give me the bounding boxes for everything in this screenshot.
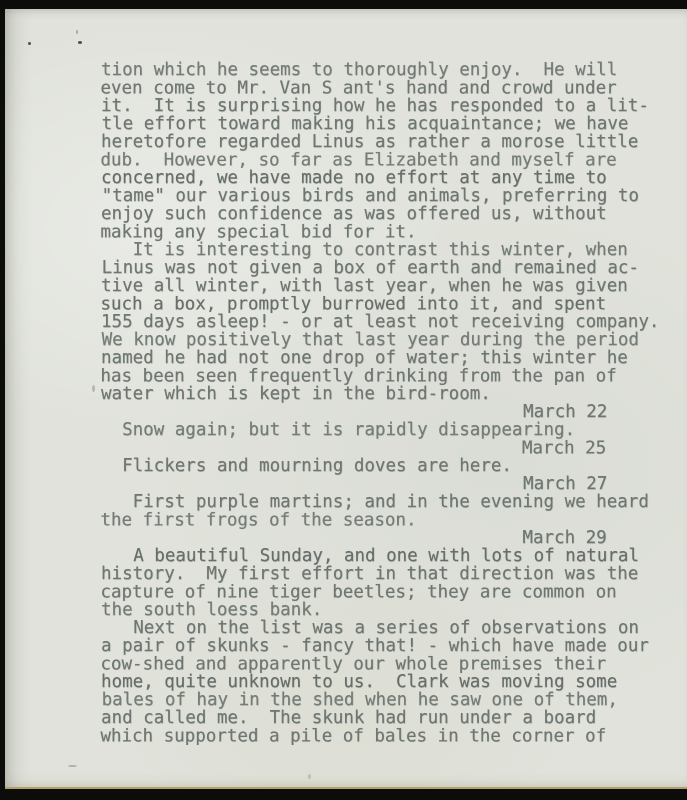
typewritten-line: such a box, promptly burrowed into it, a… xyxy=(100,295,658,313)
typewritten-line: "tame" our various birds and animals, pr… xyxy=(102,187,660,205)
typewritten-line: the south loess bank. xyxy=(101,601,659,619)
typewritten-line: dub. However, so far as Elizabeth and my… xyxy=(100,151,658,169)
typewritten-line: First purple martins; and in the evening… xyxy=(101,493,659,511)
typewritten-line: We know positively that last year during… xyxy=(102,331,660,349)
typewritten-line: a pair of skunks - fancy that! - which h… xyxy=(101,637,659,655)
typewritten-line: 155 days asleep! - or at least not recei… xyxy=(101,313,659,331)
typewritten-line: has been seen frequently drinking from t… xyxy=(100,367,658,385)
typewritten-line: home, quite unknown to us. Clark was mov… xyxy=(101,673,659,691)
typewritten-line: it. It is surprising how he has responde… xyxy=(101,97,659,115)
typewritten-line: named he had not one drop of water; this… xyxy=(101,349,659,367)
typewritten-text: tion which he seems to thoroughly enjoy.… xyxy=(101,61,659,745)
typewritten-line: the first frogs of the season. xyxy=(100,511,658,529)
scan-background: { "document": { "kind": "typewritten-jou… xyxy=(0,0,687,800)
typewritten-line: Linus was not given a box of earth and r… xyxy=(102,259,660,277)
typewritten-line: concerned, we have made no effort at any… xyxy=(101,169,659,187)
typewritten-line: heretofore regarded Linus as rather a mo… xyxy=(101,133,659,151)
typewritten-line: tion which he seems to thoroughly enjoy.… xyxy=(101,61,659,79)
typewritten-line: March 22 xyxy=(102,403,660,421)
typewritten-line: Next on the list was a series of observa… xyxy=(102,619,660,637)
typewritten-line: water which is kept in the bird-room. xyxy=(101,385,659,403)
scan-speck xyxy=(76,30,78,34)
typewritten-line: even come to Mr. Van S ant's hand and cr… xyxy=(100,79,658,97)
scan-speck xyxy=(68,765,77,767)
typewritten-line: March 27 xyxy=(102,475,660,493)
typewritten-line: making any special bid for it. xyxy=(100,223,658,241)
typewritten-line: March 29 xyxy=(101,529,659,547)
typewritten-line: Flickers and mourning doves are here. xyxy=(101,457,659,475)
typewritten-line: tle effort toward making his acquaintanc… xyxy=(102,115,660,133)
typewritten-line: and called me. The skunk had run under a… xyxy=(101,709,659,727)
typewritten-line: capture of nine tiger beetles; they are … xyxy=(100,583,658,601)
scan-speck xyxy=(78,41,82,44)
paper: tion which he seems to thoroughly enjoy.… xyxy=(5,9,687,789)
typewritten-line: history. My first effort in that directi… xyxy=(101,565,659,583)
typewritten-line: Snow again; but it is rapidly disappeari… xyxy=(101,421,659,439)
scan-speck xyxy=(28,42,31,45)
typewritten-line: which supported a pile of bales in the c… xyxy=(100,727,658,745)
typewritten-line: March 25 xyxy=(100,439,658,457)
typewritten-line: tive all winter, with last year, when he… xyxy=(101,277,659,295)
typewritten-line: A beautiful Sunday, and one with lots of… xyxy=(102,547,660,565)
scan-speck xyxy=(308,774,311,779)
typewritten-line: enjoy such confidence as was offered us,… xyxy=(101,205,659,223)
typewritten-line: It is interesting to contrast this winte… xyxy=(101,241,659,259)
typewritten-line: bales of hay in the shed when he saw one… xyxy=(102,691,660,709)
scan-speck xyxy=(92,385,95,392)
typewritten-line: cow-shed and apparently our whole premis… xyxy=(100,655,658,673)
